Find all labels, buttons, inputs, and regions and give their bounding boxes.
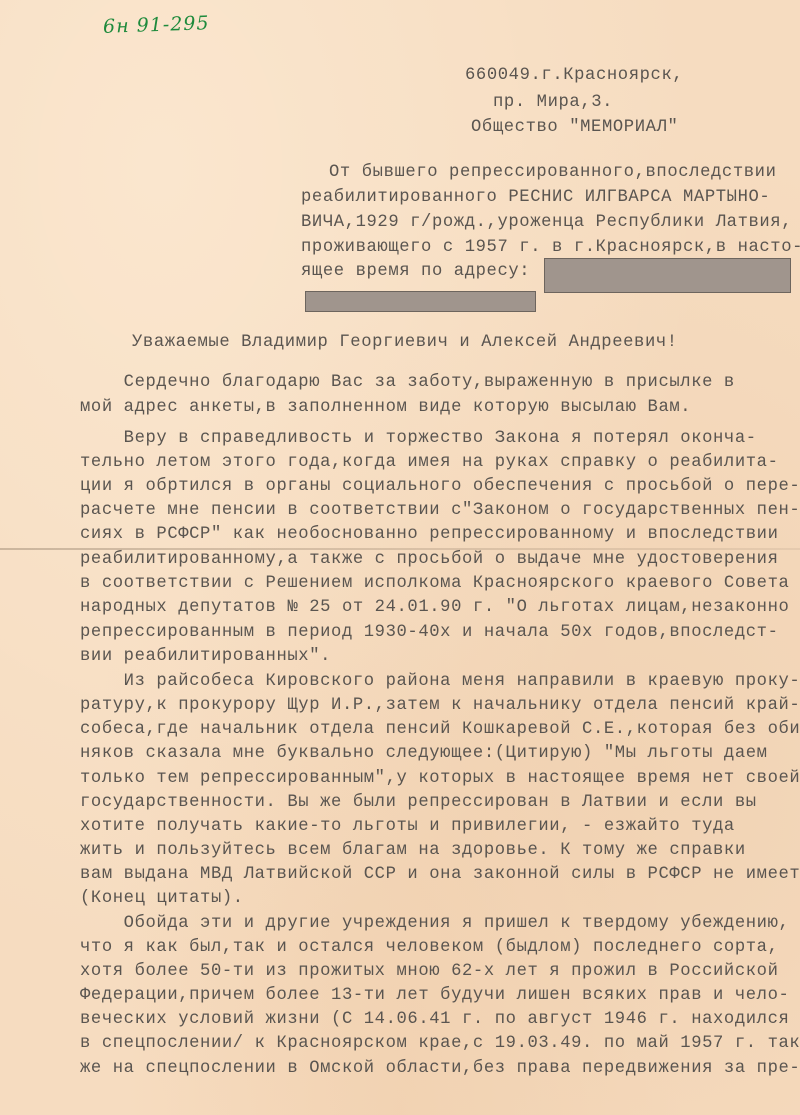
body-line: вии реабилитированных".: [80, 648, 331, 665]
body-line: государственности. Вы же были репрессиро…: [80, 794, 757, 811]
body-line: тельно летом этого года,когда имея на ру…: [80, 454, 779, 471]
body-line: мой адрес анкеты,в заполненном виде кото…: [80, 399, 691, 416]
archive-mark: 6н 91-295: [103, 12, 210, 38]
body-line: хотя более 50-ти из прожитых мною 62-х л…: [80, 963, 779, 980]
recipient-line: пр. Мира,3.: [493, 94, 613, 111]
sender-line: ящее время по адресу:: [301, 263, 530, 280]
body-line: же на спецпослении в Омской области,без …: [80, 1060, 800, 1077]
body-line: Сердечно благодарю Вас за заботу,выражен…: [80, 374, 735, 391]
body-line: Федерации,причем более 13-ти лет будучи …: [80, 987, 789, 1004]
body-line: реабилитированному,а также с просьбой о …: [80, 551, 779, 568]
body-line: расчете мне пенсии в соответствии с"Зако…: [80, 502, 800, 519]
body-line: Обойда эти и другие учреждения я пришел …: [80, 915, 789, 932]
body-line: веческих условий жизни (С 14.06.41 г. по…: [80, 1011, 789, 1028]
body-line: Из райсобеса Кировского района меня напр…: [80, 673, 800, 690]
body-line: няков сказала мне буквально следующее:(Ц…: [80, 745, 768, 762]
sender-line: проживающего с 1957 г. в г.Красноярск,в …: [301, 239, 800, 256]
body-line: сиях в РСФСР" как необоснованно репресси…: [80, 526, 779, 543]
body-line: ратуру,к прокурору Щур И.Р.,затем к нача…: [80, 697, 800, 714]
body-line: (Конец цитаты).: [80, 890, 244, 907]
body-line: в спецпослении/ к Красноярском крае,с 19…: [80, 1035, 800, 1052]
body-line: в соответствии с Решением исполкома Крас…: [80, 575, 789, 592]
body-line: Веру в справедливость и торжество Закона…: [80, 430, 757, 447]
redacted-address-box: [544, 258, 791, 293]
body-line: репрессированным в период 1930-40х и нач…: [80, 624, 779, 641]
body-line: ции я обртился в органы социального обес…: [80, 478, 800, 495]
body-line: только тем репрессированным",у которых в…: [80, 770, 800, 787]
sender-line: ВИЧА,1929 г/рожд.,уроженца Республики Ла…: [301, 214, 792, 231]
salutation: Уважаемые Владимир Георгиевич и Алексей …: [132, 334, 678, 351]
body-line: хотите получать какие-то льготы и привил…: [80, 818, 735, 835]
recipient-line: Общество "МЕМОРИАЛ": [471, 119, 678, 136]
body-line: что я как был,так и остался человеком (б…: [80, 939, 779, 956]
redacted-address-box: [305, 291, 536, 312]
recipient-line: 660049.г.Красноярск,: [465, 67, 683, 84]
body-line: народных депутатов № 25 от 24.01.90 г. "…: [80, 599, 789, 616]
body-line: собеса,где начальник отдела пенсий Кошка…: [80, 721, 800, 738]
body-line: вам выдана МВД Латвийской ССР и она зако…: [80, 866, 800, 883]
body-line: жить и пользуйтесь всем благам на здоров…: [80, 842, 746, 859]
sender-line: От бывшего репрессированного,впоследстви…: [329, 164, 776, 181]
sender-line: реабилитированного РЕСНИС ИЛГВАРСА МАРТЫ…: [301, 189, 770, 206]
